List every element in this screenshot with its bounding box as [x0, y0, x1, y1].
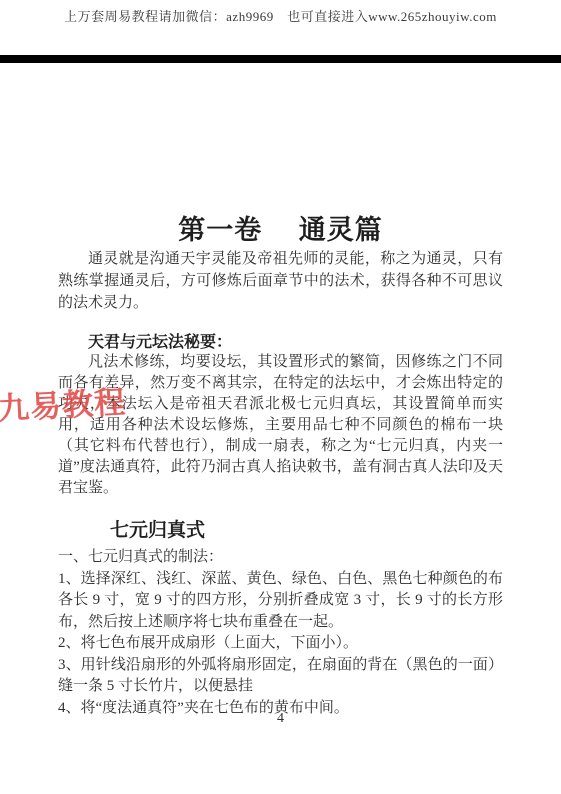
list-intro: 一、七元归真式的制法：: [58, 547, 503, 569]
chapter-title: 第一卷 通灵篇: [0, 208, 561, 247]
header-contact-line: 上万套周易教程请加微信：azh9969 也可直接进入www.265zhouyiw…: [0, 6, 561, 25]
top-divider-bar: [0, 55, 561, 63]
method-list: 一、七元归真式的制法： 1、选择深红、浅红、深蓝、黄色、绿色、白色、黑色七种颜色…: [58, 547, 503, 719]
section-heading-qiyuan: 七元归真式: [110, 515, 205, 542]
list-item: 2、将七色布展开成扇形（上面大，下面小）。: [58, 633, 503, 655]
intro-paragraph: 通灵就是沟通天宇灵能及帝祖先师的灵能，称之为通灵，只有熟练掌握通灵后，方可修炼后…: [58, 248, 503, 314]
list-item: 3、用针线沿扇形的外弧将扇形固定，在扇面的背在（黑色的一面）缝一条 5 寸长竹片…: [58, 655, 503, 698]
document-page: 上万套周易教程请加微信：azh9969 也可直接进入www.265zhouyiw…: [0, 0, 561, 794]
section-body-tanfa: 凡法术修练，均要设坛，其设置形式的繁简，因修练之门不同而各有差异，然万变不离其宗…: [58, 352, 503, 499]
section-heading-tanfa: 天君与元坛法秘要：: [88, 329, 232, 352]
list-item: 1、选择深红、浅红、深蓝、黄色、绿色、白色、黑色七种颜色的布各长 9 寸，宽 9…: [58, 569, 503, 634]
red-watermark: 九易教程: [0, 377, 127, 429]
page-number: 4: [0, 711, 561, 727]
